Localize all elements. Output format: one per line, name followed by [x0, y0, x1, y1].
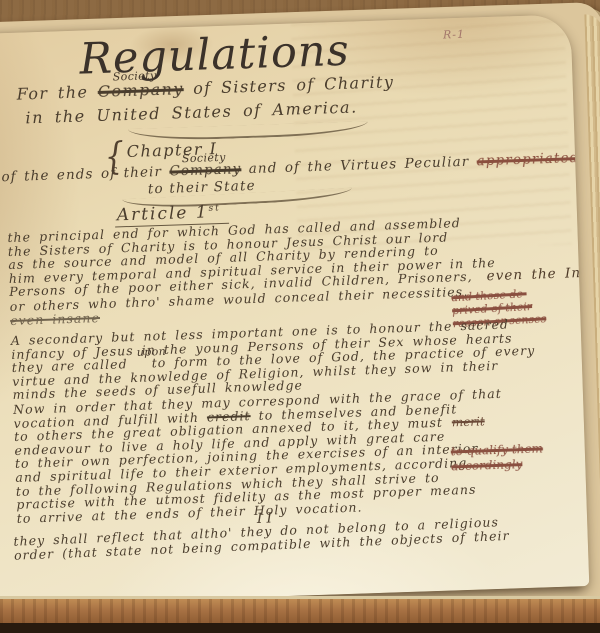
- flourish-swash: [128, 121, 368, 142]
- margin-note-crossed: accordingly: [451, 457, 523, 473]
- inserted-word: upon: [136, 345, 166, 360]
- article-ordinal: st: [208, 203, 221, 213]
- margin-note-merit: merit: [452, 414, 485, 429]
- article-label: Article 1: [116, 202, 209, 225]
- struck-red-word: appropriated: [476, 150, 579, 169]
- inserted-word: Society: [182, 151, 226, 165]
- chapter-correction: Company Society: [169, 161, 241, 179]
- page-label: R-1: [443, 28, 465, 42]
- struck-line: even insane: [10, 310, 100, 328]
- table-shadow: [0, 623, 600, 633]
- chapter-mid: and of the Virtues Peculiar: [248, 154, 469, 177]
- subtitle-pre: For the: [16, 82, 88, 103]
- insertion: upon: [135, 357, 143, 371]
- subtitle-correction: Company Society: [97, 79, 184, 101]
- manuscript-photo: R-1 Regulations For the Company Society …: [0, 0, 600, 633]
- margin-note-crossed: to qualify them: [451, 441, 544, 458]
- chapter-pre: of the ends of their: [1, 164, 162, 185]
- manuscript-page: R-1 Regulations For the Company Society …: [0, 14, 589, 605]
- wooden-table-edge: [0, 596, 600, 623]
- paragraph-3: Now in order that they may correspond wi…: [13, 387, 506, 525]
- inserted-word: Society: [113, 69, 157, 83]
